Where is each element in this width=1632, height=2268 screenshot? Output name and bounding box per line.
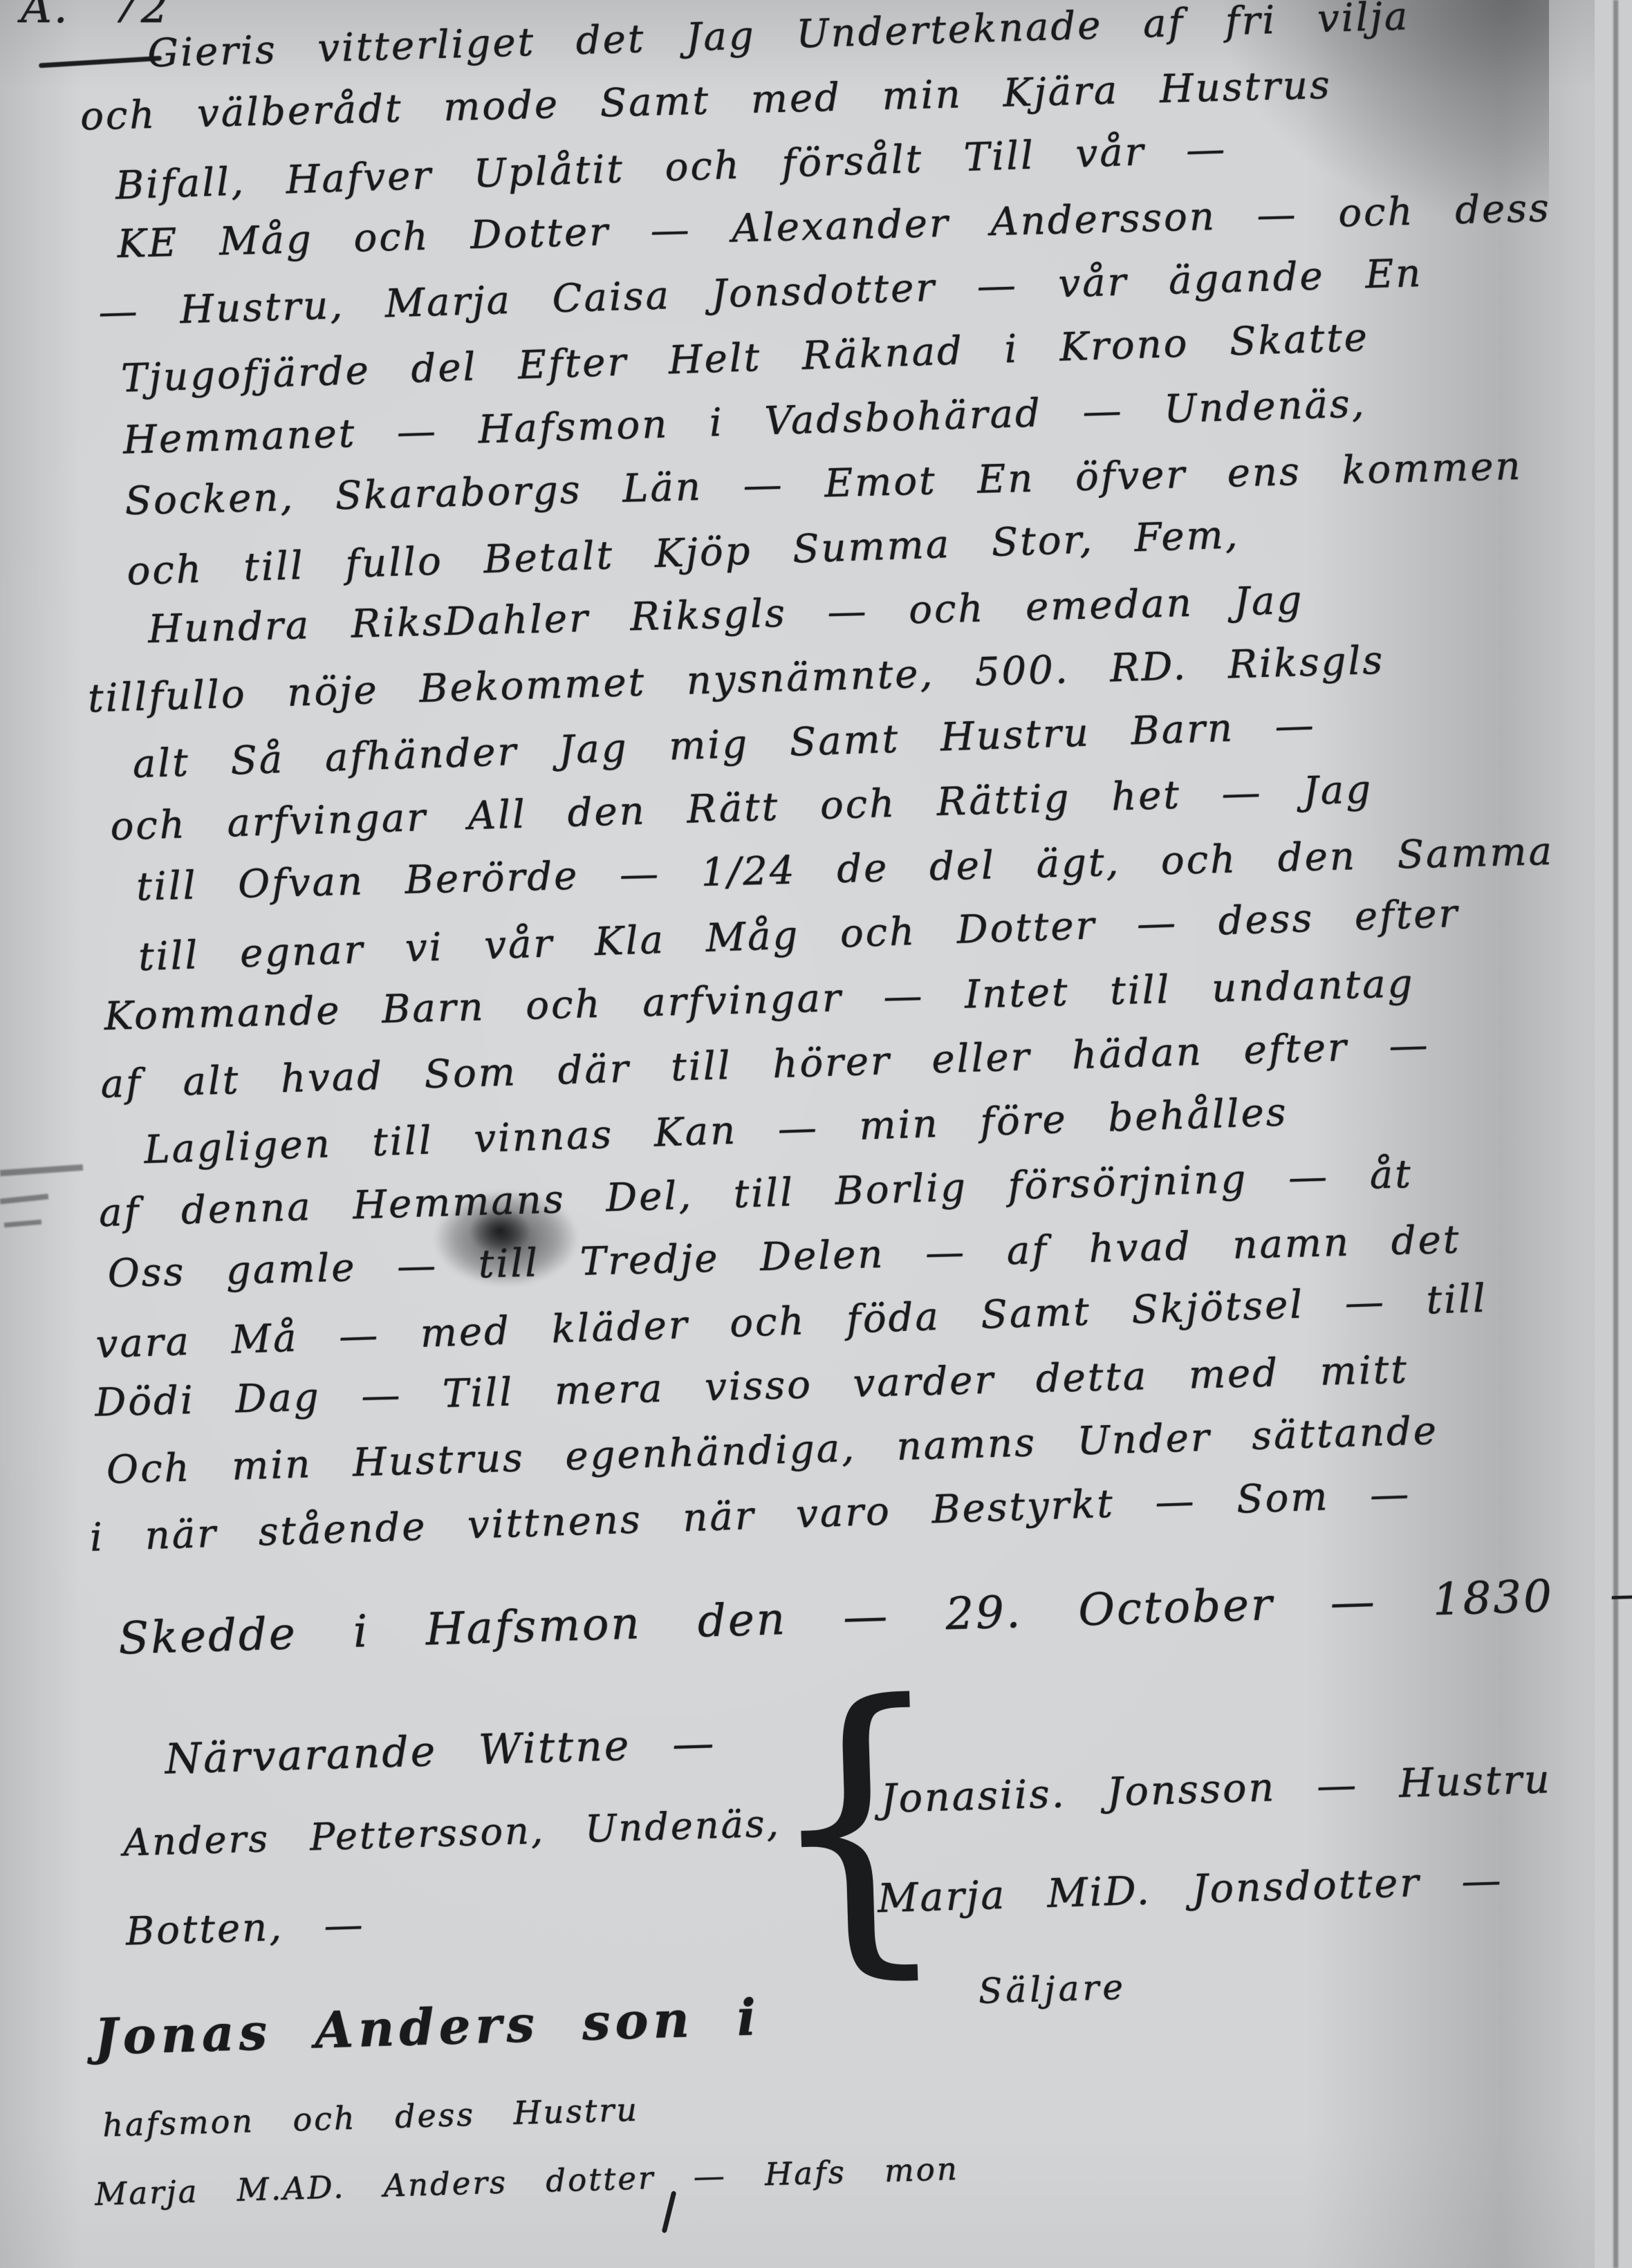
seller-signature-wife: Marja MiD. Jonsdotter — (877, 1857, 1503, 1922)
witness-signature-2: Jonas Anders son i (93, 1987, 761, 2066)
handwritten-content: Gieris vitterliget det Jag Underteknade … (0, 0, 1632, 2268)
deed-body-text: Gieris vitterliget det Jag Underteknade … (111, 0, 1632, 1677)
scanned-deed-page: A. 72 Gieris vitterliget det Jag Underte… (0, 0, 1632, 2268)
witness-signature-3: Marja M.AD. Anders dotter — Hafs mon (94, 2150, 959, 2213)
signature-brace: { (759, 1638, 955, 2009)
witness-signature-1-place: Botten, — (125, 1902, 365, 1954)
witness-heading: Närvarande Wittne — (165, 1719, 717, 1784)
seller-signature-husband: Jonasiis. Jonsson — Hustru (880, 1756, 1552, 1822)
witness-signature-1: Anders Pettersson, Undenäs, (122, 1801, 781, 1864)
witness-signature-2-place: hafsmon och dess Hustru (102, 2091, 639, 2144)
seller-role-label: Säljare (978, 1967, 1126, 2011)
